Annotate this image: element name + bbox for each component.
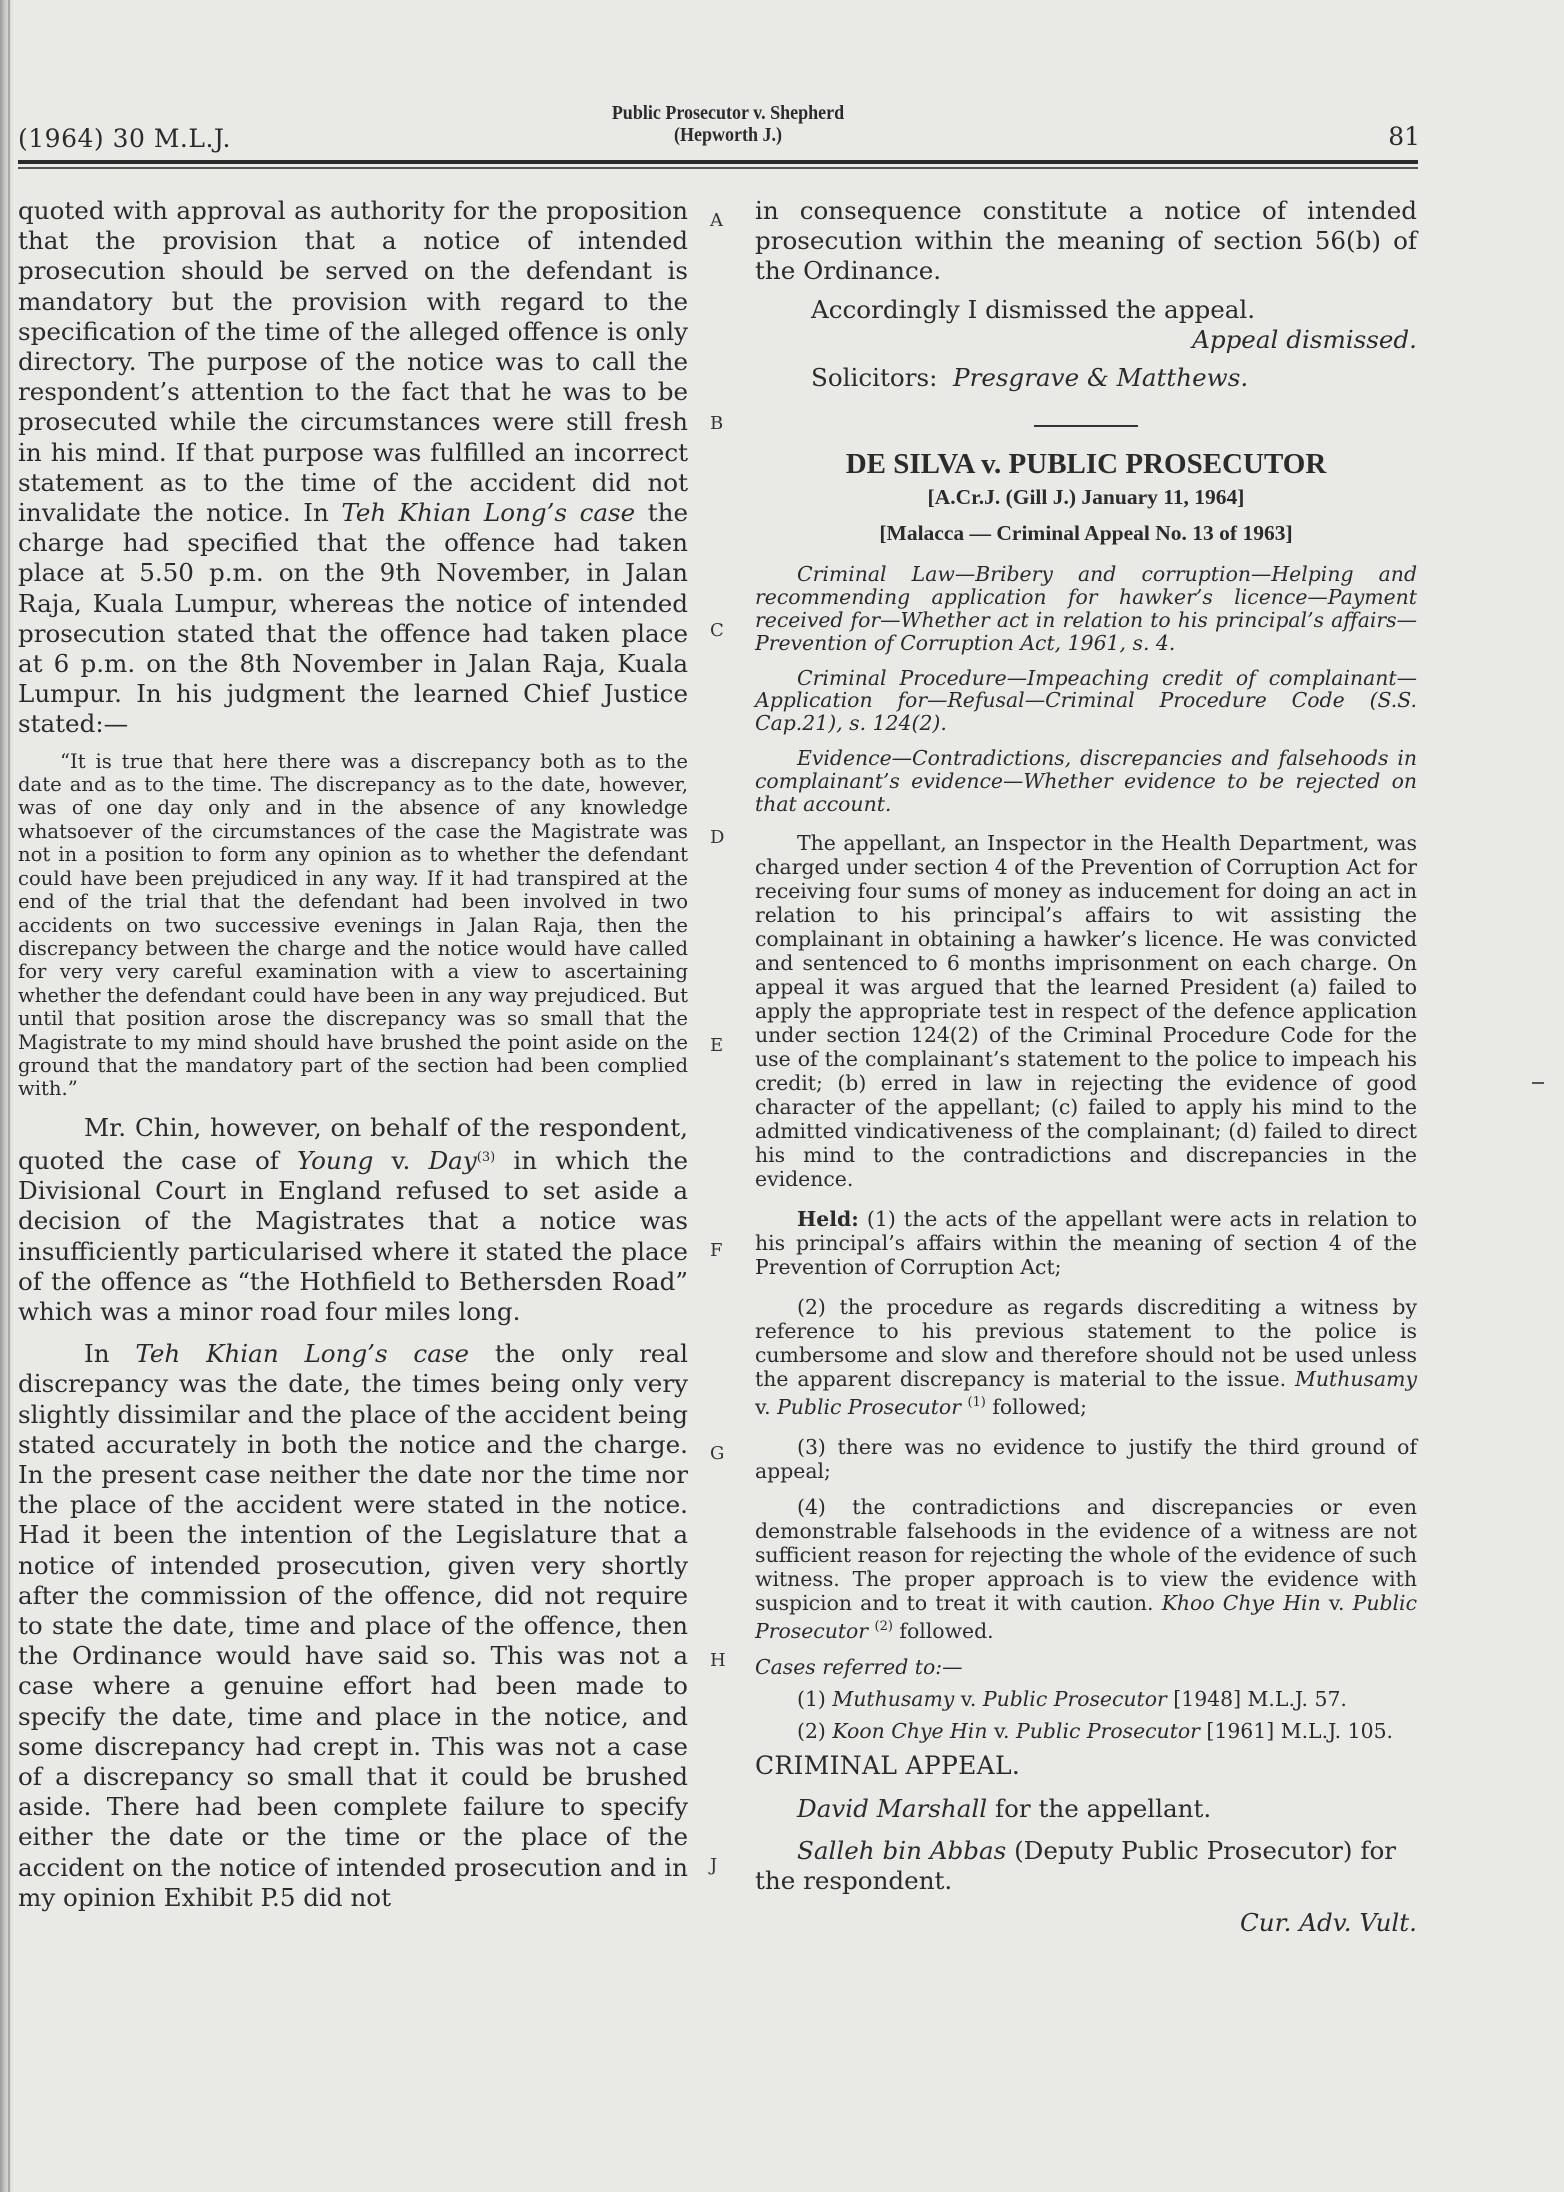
held-3: (3) there was no evidence to justify the… [755,1435,1417,1483]
margin-letter-h: H [710,1650,726,1671]
solicitors-line: Solicitors: Presgrave & Matthews. [755,363,1417,393]
counsel-respondent: Salleh bin Abbas (Deputy Public Prosecut… [755,1836,1417,1896]
case-ref-2: (2) Koon Chye Hin v. Public Prosecutor [… [755,1719,1417,1743]
margin-letter-e: E [710,1035,723,1056]
paragraph: Mr. Chin, however, on behalf of the resp… [18,1113,688,1327]
cases-label: Cases referred to:— [755,1655,1417,1679]
margin-letter-g: G [710,1443,724,1464]
page-number: 81 [1388,122,1420,151]
case-ref-1: (1) Muthusamy v. Public Prosecutor [1948… [755,1687,1417,1711]
margin-letter-b: B [710,413,723,434]
citation: (1964) 30 M.L.J. [18,124,231,153]
held-4: (4) the contradictions and discrepancies… [755,1495,1417,1643]
case-name: Teh Khian Long’s case [135,1339,469,1368]
case-title: DE SILVA v. PUBLIC PROSECUTOR [755,449,1417,479]
margin-letter-a: A [710,210,723,231]
margin-letter-d: D [710,827,724,848]
catchword: Evidence—Contradictions, discrepancies a… [755,747,1417,815]
paragraph: In Teh Khian Long’s case the only real d… [18,1339,688,1913]
footnote-ref: (3) [477,1150,495,1165]
right-column: in consequence constitute a notice of in… [755,196,1417,1938]
margin-letter-j: J [710,1855,717,1876]
running-title: Public Prosecutor v. Shepherd (Hepworth … [557,102,899,146]
case-name: Teh Khian Long’s case [341,498,635,527]
appeal-line: [Malacca — Criminal Appeal No. 13 of 196… [755,515,1417,551]
court-line: [A.Cr.J. (Gill J.) January 11, 1964] [755,479,1417,515]
left-column: quoted with approval as authority for th… [18,196,688,1913]
margin-mark [1532,1082,1544,1084]
running-header: (1964) 30 M.L.J. Public Prosecutor v. Sh… [18,98,1418,158]
page-binding-shadow [0,0,14,2192]
margin-letter-c: C [710,620,724,641]
header-rule-thick [18,160,1418,164]
case-summary: The appellant, an Inspector in the Healt… [755,831,1417,1191]
counsel-appellant: David Marshall for the appellant. [755,1794,1417,1824]
catchword: Criminal Procedure—Impeaching credit of … [755,667,1417,735]
section-divider [1034,425,1138,427]
case-name: Day [428,1146,476,1175]
binding-edge [8,0,10,2192]
closing-line: Cur. Adv. Vult. [755,1908,1417,1938]
paragraph: Accordingly I dismissed the appeal. [755,295,1417,325]
catchword: Criminal Law—Bribery and corruption—Help… [755,563,1417,654]
appeal-heading: CRIMINAL APPEAL. [755,1751,1417,1781]
result-line: Appeal dismissed. [755,325,1417,355]
paragraph: quoted with approval as authority for th… [18,196,688,740]
held-1: Held: (1) the acts of the appellant were… [755,1207,1417,1279]
block-quote: “It is true that here there was a discre… [18,750,688,1101]
header-rule-thin [18,167,1418,169]
margin-letter-f: F [710,1240,723,1261]
case-name: Young [297,1146,373,1175]
paragraph: in consequence constitute a notice of in… [755,196,1417,287]
held-2: (2) the procedure as regards discreditin… [755,1295,1417,1419]
